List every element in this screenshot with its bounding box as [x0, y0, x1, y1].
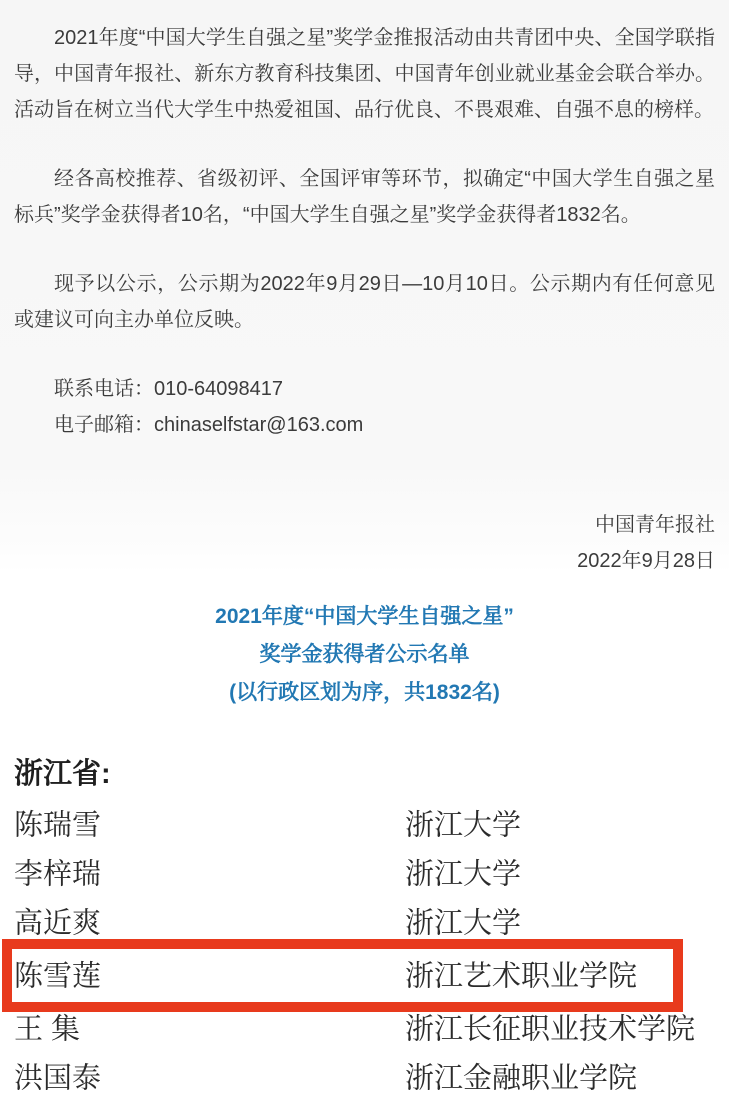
list-row: 高近爽 浙江大学 — [0, 896, 729, 945]
awardee-school: 浙江金融职业学院 — [405, 1055, 637, 1096]
list-title-line1: 2021年度“中国大学生自强之星” — [0, 598, 729, 636]
contact-email-line: 电子邮箱：chinaselfstar@163.com — [14, 407, 715, 443]
list-row: 李梓瑞 浙江大学 — [0, 847, 729, 896]
awardee-school: 浙江大学 — [405, 802, 521, 843]
province-heading: 浙江省: — [14, 754, 729, 794]
list-row-highlighted: 陈雪莲 浙江艺术职业学院 — [0, 945, 729, 1002]
awardee-name: 陈瑞雪 — [14, 802, 101, 843]
list-row: 陈瑞雪 浙江大学 — [0, 798, 729, 847]
list-row: 王 集 浙江长征职业技术学院 — [0, 1002, 729, 1051]
paragraph-publicity-period: 现予以公示，公示期为2022年9月29日—10月10日。公示期内有任何意见或建议… — [14, 266, 715, 338]
contact-phone-line: 联系电话：010-64098417 — [14, 371, 715, 407]
awardee-list-section: 浙江省: 陈瑞雪 浙江大学 李梓瑞 浙江大学 高近爽 浙江大学 陈雪莲 浙江艺术… — [0, 712, 729, 1100]
signature-block: 中国青年报社 2022年9月28日 — [14, 507, 715, 579]
awardee-name: 李梓瑞 — [14, 851, 101, 892]
awardee-name: 高近爽 — [14, 900, 101, 941]
contact-email-address: chinaselfstar@163.com — [154, 414, 363, 436]
awardee-rows: 陈瑞雪 浙江大学 李梓瑞 浙江大学 高近爽 浙江大学 陈雪莲 浙江艺术职业学院 … — [0, 798, 729, 1100]
paragraph-selection: 经各高校推荐、省级初评、全国评审等环节，拟确定“中国大学生自强之星标兵”奖学金获… — [14, 161, 715, 233]
awardee-school: 浙江大学 — [405, 900, 521, 941]
signature-organization: 中国青年报社 — [14, 507, 715, 543]
announcement-page: 2021年度“中国大学生自强之星”奖学金推报活动由共青团中央、全国学联指导，中国… — [0, 0, 729, 1101]
announcement-body: 2021年度“中国大学生自强之星”奖学金推报活动由共青团中央、全国学联指导，中国… — [0, 0, 729, 573]
list-title-block: 2021年度“中国大学生自强之星” 奖学金获得者公示名单 (以行政区划为序，共1… — [0, 573, 729, 712]
list-row: 洪国泰 浙江金融职业学院 — [0, 1051, 729, 1100]
paragraph-intro: 2021年度“中国大学生自强之星”奖学金推报活动由共青团中央、全国学联指导，中国… — [14, 20, 715, 128]
list-title-line3: (以行政区划为序，共1832名) — [0, 674, 729, 712]
awardee-name: 洪国泰 — [14, 1055, 101, 1096]
contact-phone-label: 联系电话： — [54, 378, 154, 400]
list-title-line2: 奖学金获得者公示名单 — [0, 636, 729, 674]
awardee-school: 浙江大学 — [405, 851, 521, 892]
awardee-school: 浙江艺术职业学院 — [405, 953, 637, 994]
contact-block: 联系电话：010-64098417 电子邮箱：chinaselfstar@163… — [14, 371, 715, 443]
contact-phone-number: 010-64098417 — [154, 378, 283, 400]
awardee-school: 浙江长征职业技术学院 — [405, 1006, 695, 1047]
awardee-name: 陈雪莲 — [14, 953, 101, 994]
contact-email-label: 电子邮箱： — [54, 414, 154, 436]
awardee-name: 王 集 — [14, 1006, 80, 1047]
